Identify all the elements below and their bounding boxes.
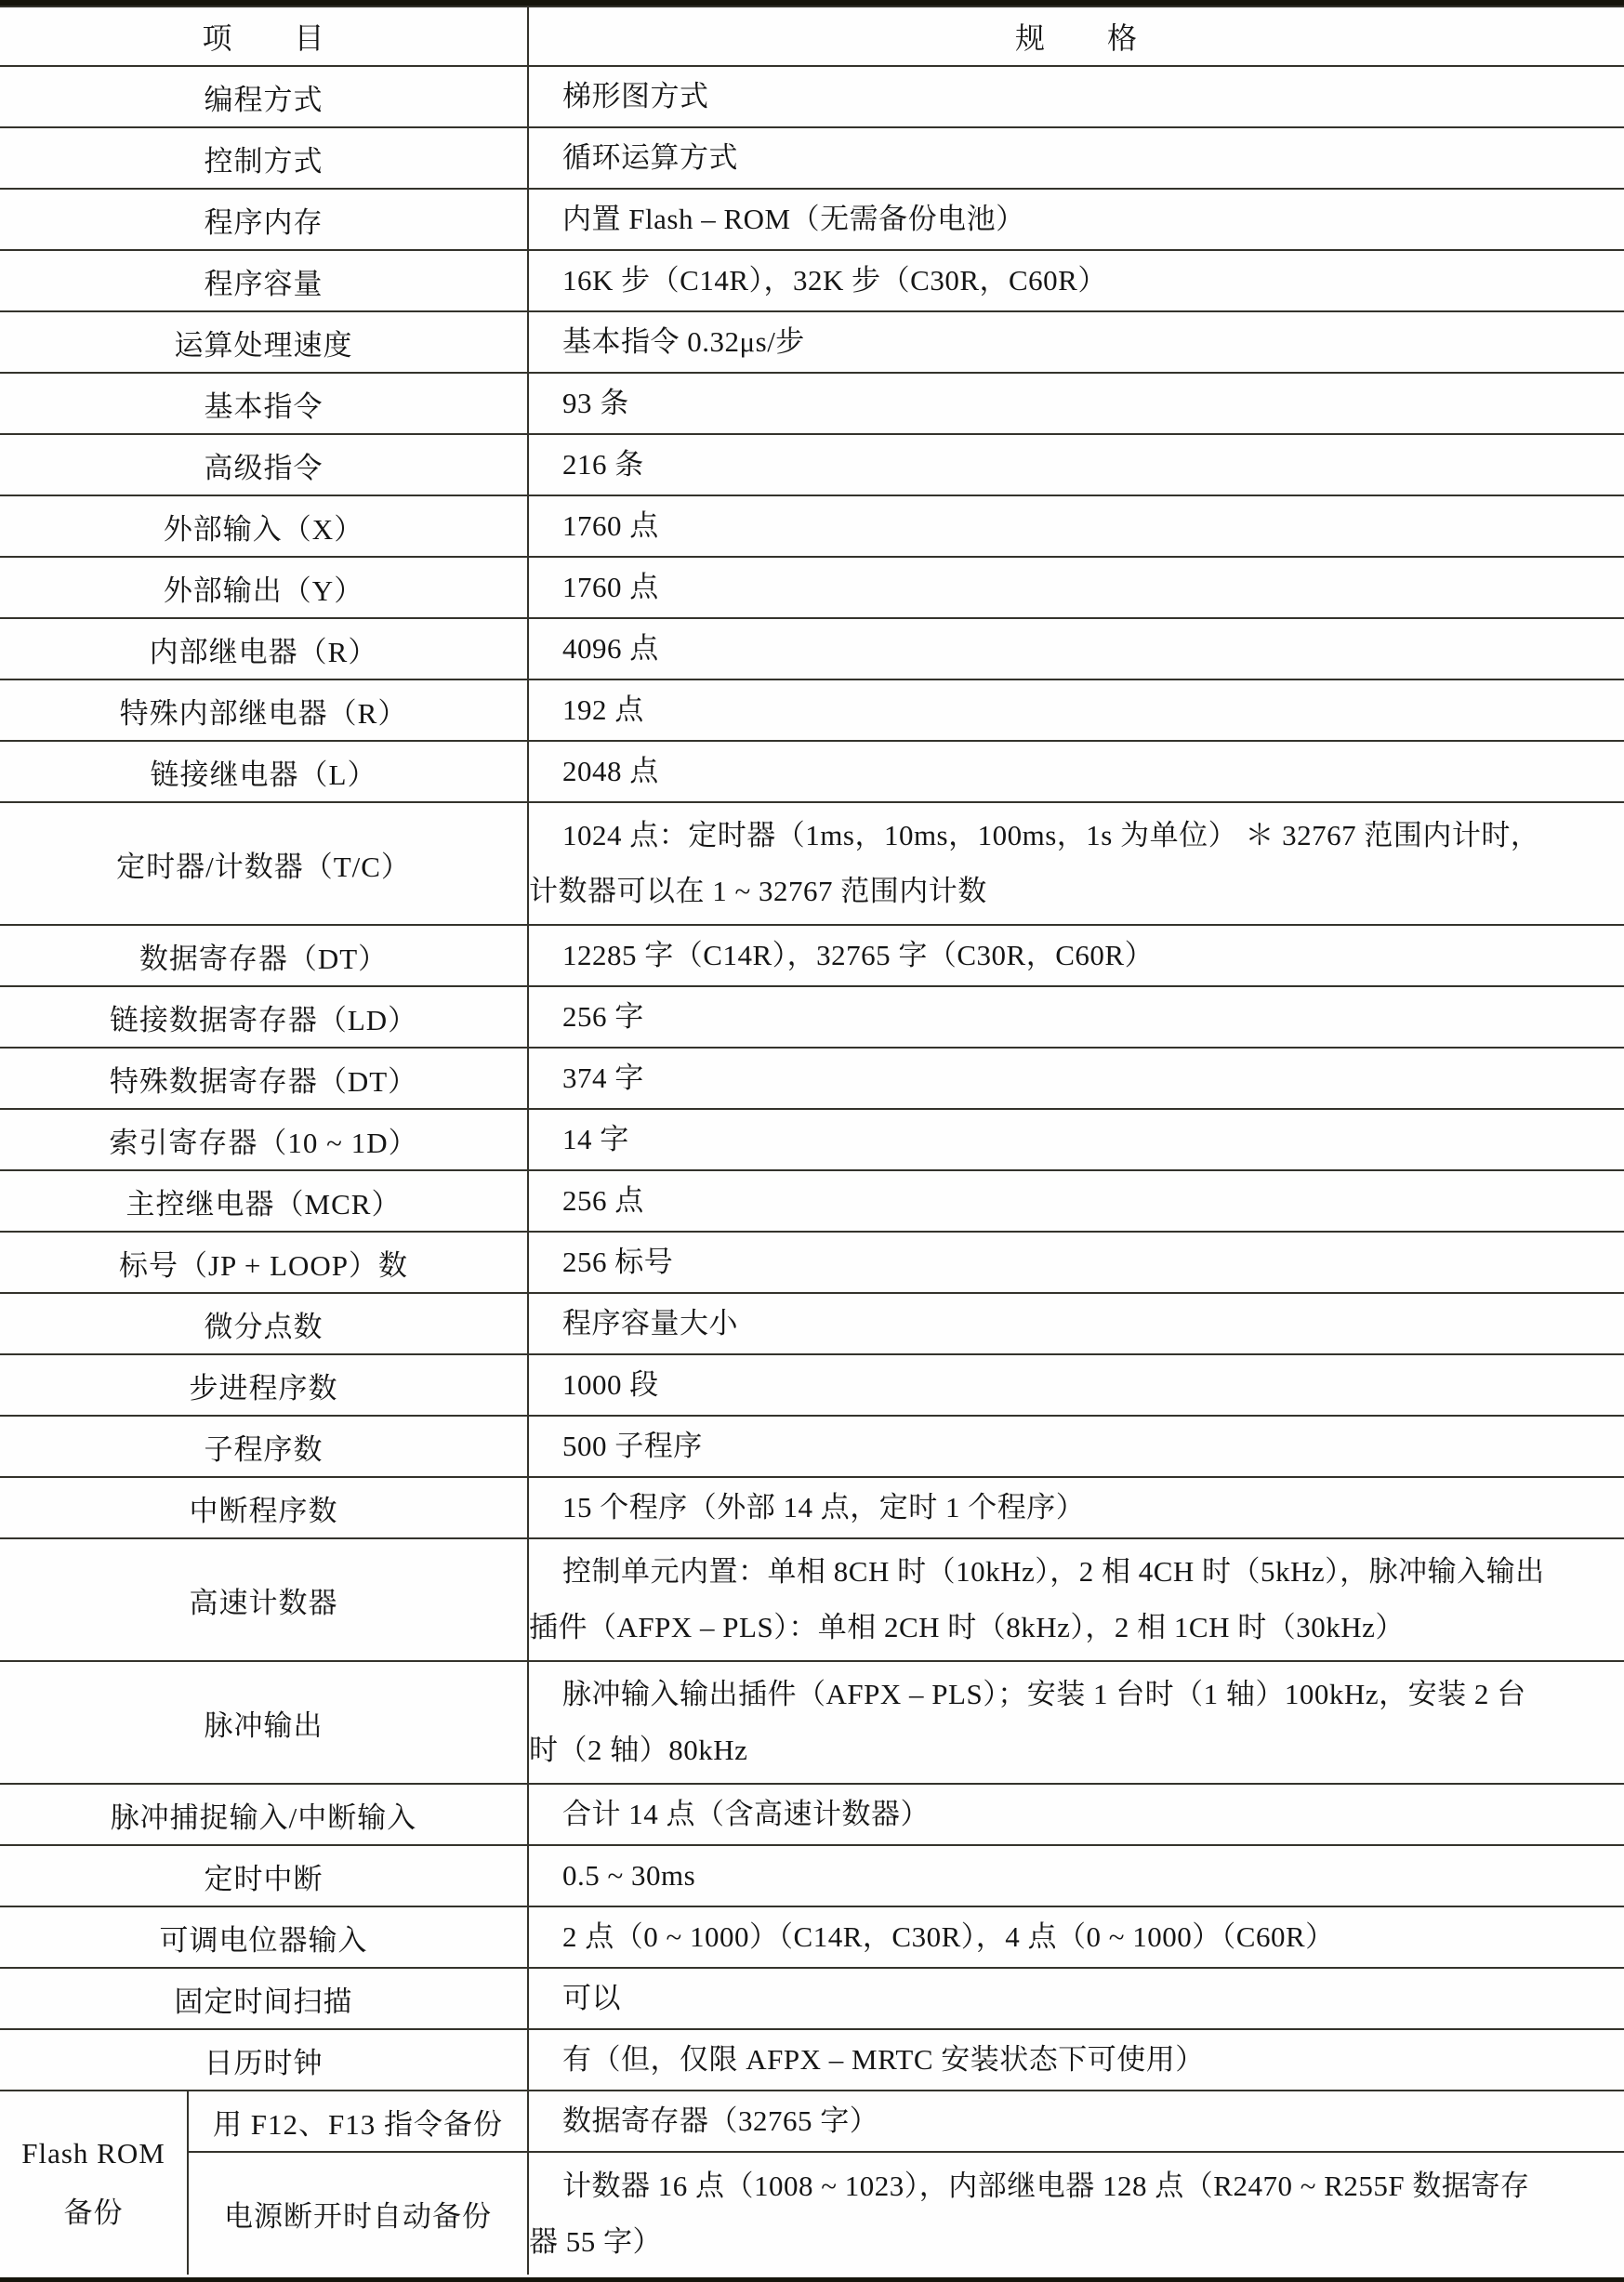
item-label: 控制方式 [0,127,528,189]
spec-value: 4096 点 [528,618,1624,679]
item-label: 中断程序数 [0,1477,528,1538]
item-label: 定时中断 [0,1845,528,1906]
scanned-spec-page: 项 目 规 格 编程方式梯形图方式控制方式循环运算方式程序内存内置 Flash … [0,0,1624,2282]
item-label: 脉冲输出 [0,1661,528,1784]
table-row: Flash ROM备份用 F12、F13 指令备份数据寄存器（32765 字） [0,2091,1624,2152]
spec-line: 1024 点：定时器（1ms，10ms，100ms，1s 为单位） ＊ 3276… [529,808,1624,864]
spec-value: 梯形图方式 [528,66,1624,127]
spec-value: 2048 点 [528,741,1624,802]
spec-value: 合计 14 点（含高速计数器） [528,1784,1624,1845]
item-label: 特殊数据寄存器（DT） [0,1048,528,1109]
table-row: 脉冲输出脉冲输入输出插件（AFPX – PLS）；安装 1 台时（1 轴）100… [0,1661,1624,1784]
item-label: 可调电位器输入 [0,1906,528,1968]
spec-line: 500 子程序 [529,1418,1624,1474]
spec-value: 1760 点 [528,557,1624,618]
spec-line: 时（2 轴）80kHz [529,1722,1624,1778]
spec-line: 14 字 [529,1112,1624,1167]
spec-value: 256 标号 [528,1232,1624,1293]
spec-value: 计数器 16 点（1008 ~ 1023），内部继电器 128 点（R2470 … [528,2152,1624,2275]
spec-line: 2048 点 [529,744,1624,799]
spec-value: 12285 字（C14R），32765 字（C30R，C60R） [528,925,1624,986]
item-label: 基本指令 [0,373,528,434]
flash-sub-item-label: 电源断开时自动备份 [188,2152,528,2275]
spec-value: 程序容量大小 [528,1293,1624,1354]
table-row: 中断程序数15 个程序（外部 14 点，定时 1 个程序） [0,1477,1624,1538]
spec-value: 16K 步（C14R），32K 步（C30R，C60R） [528,250,1624,311]
spec-value: 374 字 [528,1048,1624,1109]
table-row: 链接继电器（L）2048 点 [0,741,1624,802]
spec-value: 1760 点 [528,495,1624,557]
spec-table-body: 编程方式梯形图方式控制方式循环运算方式程序内存内置 Flash – ROM（无需… [0,66,1624,2275]
spec-line: 0.5 ~ 30ms [529,1848,1624,1904]
table-row: 可调电位器输入2 点（0 ~ 1000）（C14R，C30R），4 点（0 ~ … [0,1906,1624,1968]
spec-value: 数据寄存器（32765 字） [528,2091,1624,2152]
spec-line: 可以 [529,1971,1624,2026]
table-row: 数据寄存器（DT）12285 字（C14R），32765 字（C30R，C60R… [0,925,1624,986]
table-row: 程序内存内置 Flash – ROM（无需备份电池） [0,189,1624,250]
table-row: 编程方式梯形图方式 [0,66,1624,127]
item-label: 运算处理速度 [0,311,528,373]
spec-line: 合计 14 点（含高速计数器） [529,1787,1624,1842]
spec-value: 脉冲输入输出插件（AFPX – PLS）；安装 1 台时（1 轴）100kHz，… [528,1661,1624,1784]
spec-line: 12285 字（C14R），32765 字（C30R，C60R） [529,928,1624,983]
item-label: 子程序数 [0,1416,528,1477]
spec-value: 15 个程序（外部 14 点，定时 1 个程序） [528,1477,1624,1538]
spec-line: 4096 点 [529,621,1624,677]
spec-value: 93 条 [528,373,1624,434]
table-row: 外部输出（Y）1760 点 [0,557,1624,618]
table-row: 高级指令216 条 [0,434,1624,495]
group-label-line: Flash ROM [0,2124,187,2183]
column-header-item: 项 目 [0,7,528,66]
table-row: 基本指令93 条 [0,373,1624,434]
table-row: 脉冲捕捉输入/中断输入合计 14 点（含高速计数器） [0,1784,1624,1845]
item-label: 内部继电器（R） [0,618,528,679]
spec-value: 216 条 [528,434,1624,495]
spec-line: 16K 步（C14R），32K 步（C30R，C60R） [529,253,1624,309]
spec-line: 有（但，仅限 AFPX – MRTC 安装状态下可使用） [529,2032,1624,2088]
item-label: 日历时钟 [0,2029,528,2091]
spec-line: 256 点 [529,1173,1624,1229]
spec-line: 93 条 [529,376,1624,431]
table-row: 控制方式循环运算方式 [0,127,1624,189]
spec-value: 14 字 [528,1109,1624,1170]
spec-line: 程序容量大小 [529,1296,1624,1352]
group-label-line: 备份 [0,2183,187,2243]
item-label: 高级指令 [0,434,528,495]
spec-value: 2 点（0 ~ 1000）（C14R，C30R），4 点（0 ~ 1000）（C… [528,1906,1624,1968]
table-row: 特殊内部继电器（R）192 点 [0,679,1624,741]
item-label: 外部输入（X） [0,495,528,557]
flash-rom-group-label: Flash ROM备份 [0,2091,188,2275]
table-row: 运算处理速度基本指令 0.32μs/步 [0,311,1624,373]
item-label: 特殊内部继电器（R） [0,679,528,741]
spec-value: 256 字 [528,986,1624,1048]
spec-line: 计数器可以在 1 ~ 32767 范围内计数 [529,864,1624,919]
table-row: 子程序数500 子程序 [0,1416,1624,1477]
table-row: 外部输入（X）1760 点 [0,495,1624,557]
table-row: 标号（JP + LOOP）数256 标号 [0,1232,1624,1293]
column-header-spec: 规 格 [528,7,1624,66]
item-label: 标号（JP + LOOP）数 [0,1232,528,1293]
spec-table: 项 目 规 格 编程方式梯形图方式控制方式循环运算方式程序内存内置 Flash … [0,6,1624,2275]
item-label: 高速计数器 [0,1538,528,1661]
spec-line: 15 个程序（外部 14 点，定时 1 个程序） [529,1480,1624,1536]
spec-value: 内置 Flash – ROM（无需备份电池） [528,189,1624,250]
spec-value: 0.5 ~ 30ms [528,1845,1624,1906]
item-label: 定时器/计数器（T/C） [0,802,528,925]
spec-line: 256 字 [529,989,1624,1045]
spec-line: 内置 Flash – ROM（无需备份电池） [529,191,1624,247]
spec-line: 1760 点 [529,498,1624,554]
table-row: 主控继电器（MCR）256 点 [0,1170,1624,1232]
item-label: 外部输出（Y） [0,557,528,618]
spec-value: 192 点 [528,679,1624,741]
item-label: 步进程序数 [0,1354,528,1416]
item-label: 链接数据寄存器（LD） [0,986,528,1048]
spec-value: 256 点 [528,1170,1624,1232]
item-label: 固定时间扫描 [0,1968,528,2029]
spec-line: 216 条 [529,437,1624,493]
item-label: 编程方式 [0,66,528,127]
spec-line: 374 字 [529,1050,1624,1106]
spec-line: 1000 段 [529,1357,1624,1413]
spec-line: 192 点 [529,682,1624,738]
item-label: 索引寄存器（10 ~ 1D） [0,1109,528,1170]
table-row: 链接数据寄存器（LD）256 字 [0,986,1624,1048]
spec-line: 计数器 16 点（1008 ~ 1023），内部继电器 128 点（R2470 … [529,2158,1624,2214]
table-row: 步进程序数1000 段 [0,1354,1624,1416]
spec-line: 控制单元内置：单相 8CH 时（10kHz），2 相 4CH 时（5kHz），脉… [529,1544,1624,1600]
table-row: 索引寄存器（10 ~ 1D）14 字 [0,1109,1624,1170]
table-row: 高速计数器控制单元内置：单相 8CH 时（10kHz），2 相 4CH 时（5k… [0,1538,1624,1661]
item-label: 数据寄存器（DT） [0,925,528,986]
spec-value: 1024 点：定时器（1ms，10ms，100ms，1s 为单位） ＊ 3276… [528,802,1624,925]
table-row: 固定时间扫描可以 [0,1968,1624,2029]
spec-line: 器 55 字） [529,2214,1624,2270]
table-row: 特殊数据寄存器（DT）374 字 [0,1048,1624,1109]
spec-line: 循环运算方式 [529,130,1624,186]
table-row: 内部继电器（R）4096 点 [0,618,1624,679]
spec-value: 1000 段 [528,1354,1624,1416]
item-label: 程序容量 [0,250,528,311]
flash-sub-item-label: 用 F12、F13 指令备份 [188,2091,528,2152]
table-row: 微分点数程序容量大小 [0,1293,1624,1354]
spec-line: 脉冲输入输出插件（AFPX – PLS）；安装 1 台时（1 轴）100kHz，… [529,1667,1624,1722]
spec-value: 500 子程序 [528,1416,1624,1477]
spec-line: 数据寄存器（32765 字） [529,2093,1624,2149]
spec-line: 1760 点 [529,560,1624,615]
spec-line: 256 标号 [529,1234,1624,1290]
spec-line: 插件（AFPX – PLS）：单相 2CH 时（8kHz），2 相 1CH 时（… [529,1600,1624,1655]
item-label: 程序内存 [0,189,528,250]
item-label: 链接继电器（L） [0,741,528,802]
spec-value: 循环运算方式 [528,127,1624,189]
table-row: 定时中断0.5 ~ 30ms [0,1845,1624,1906]
item-label: 微分点数 [0,1293,528,1354]
table-row: 程序容量16K 步（C14R），32K 步（C30R，C60R） [0,250,1624,311]
header-row: 项 目 规 格 [0,7,1624,66]
spec-line: 梯形图方式 [529,69,1624,125]
spec-value: 有（但，仅限 AFPX – MRTC 安装状态下可使用） [528,2029,1624,2091]
spec-value: 控制单元内置：单相 8CH 时（10kHz），2 相 4CH 时（5kHz），脉… [528,1538,1624,1661]
spec-line: 基本指令 0.32μs/步 [529,314,1624,370]
spec-value: 可以 [528,1968,1624,2029]
spec-value: 基本指令 0.32μs/步 [528,311,1624,373]
item-label: 脉冲捕捉输入/中断输入 [0,1784,528,1845]
table-row: 电源断开时自动备份计数器 16 点（1008 ~ 1023），内部继电器 128… [0,2152,1624,2275]
spec-line: 2 点（0 ~ 1000）（C14R，C30R），4 点（0 ~ 1000）（C… [529,1909,1624,1965]
item-label: 主控继电器（MCR） [0,1170,528,1232]
table-row: 日历时钟有（但，仅限 AFPX – MRTC 安装状态下可使用） [0,2029,1624,2091]
table-row: 定时器/计数器（T/C）1024 点：定时器（1ms，10ms，100ms，1s… [0,802,1624,925]
